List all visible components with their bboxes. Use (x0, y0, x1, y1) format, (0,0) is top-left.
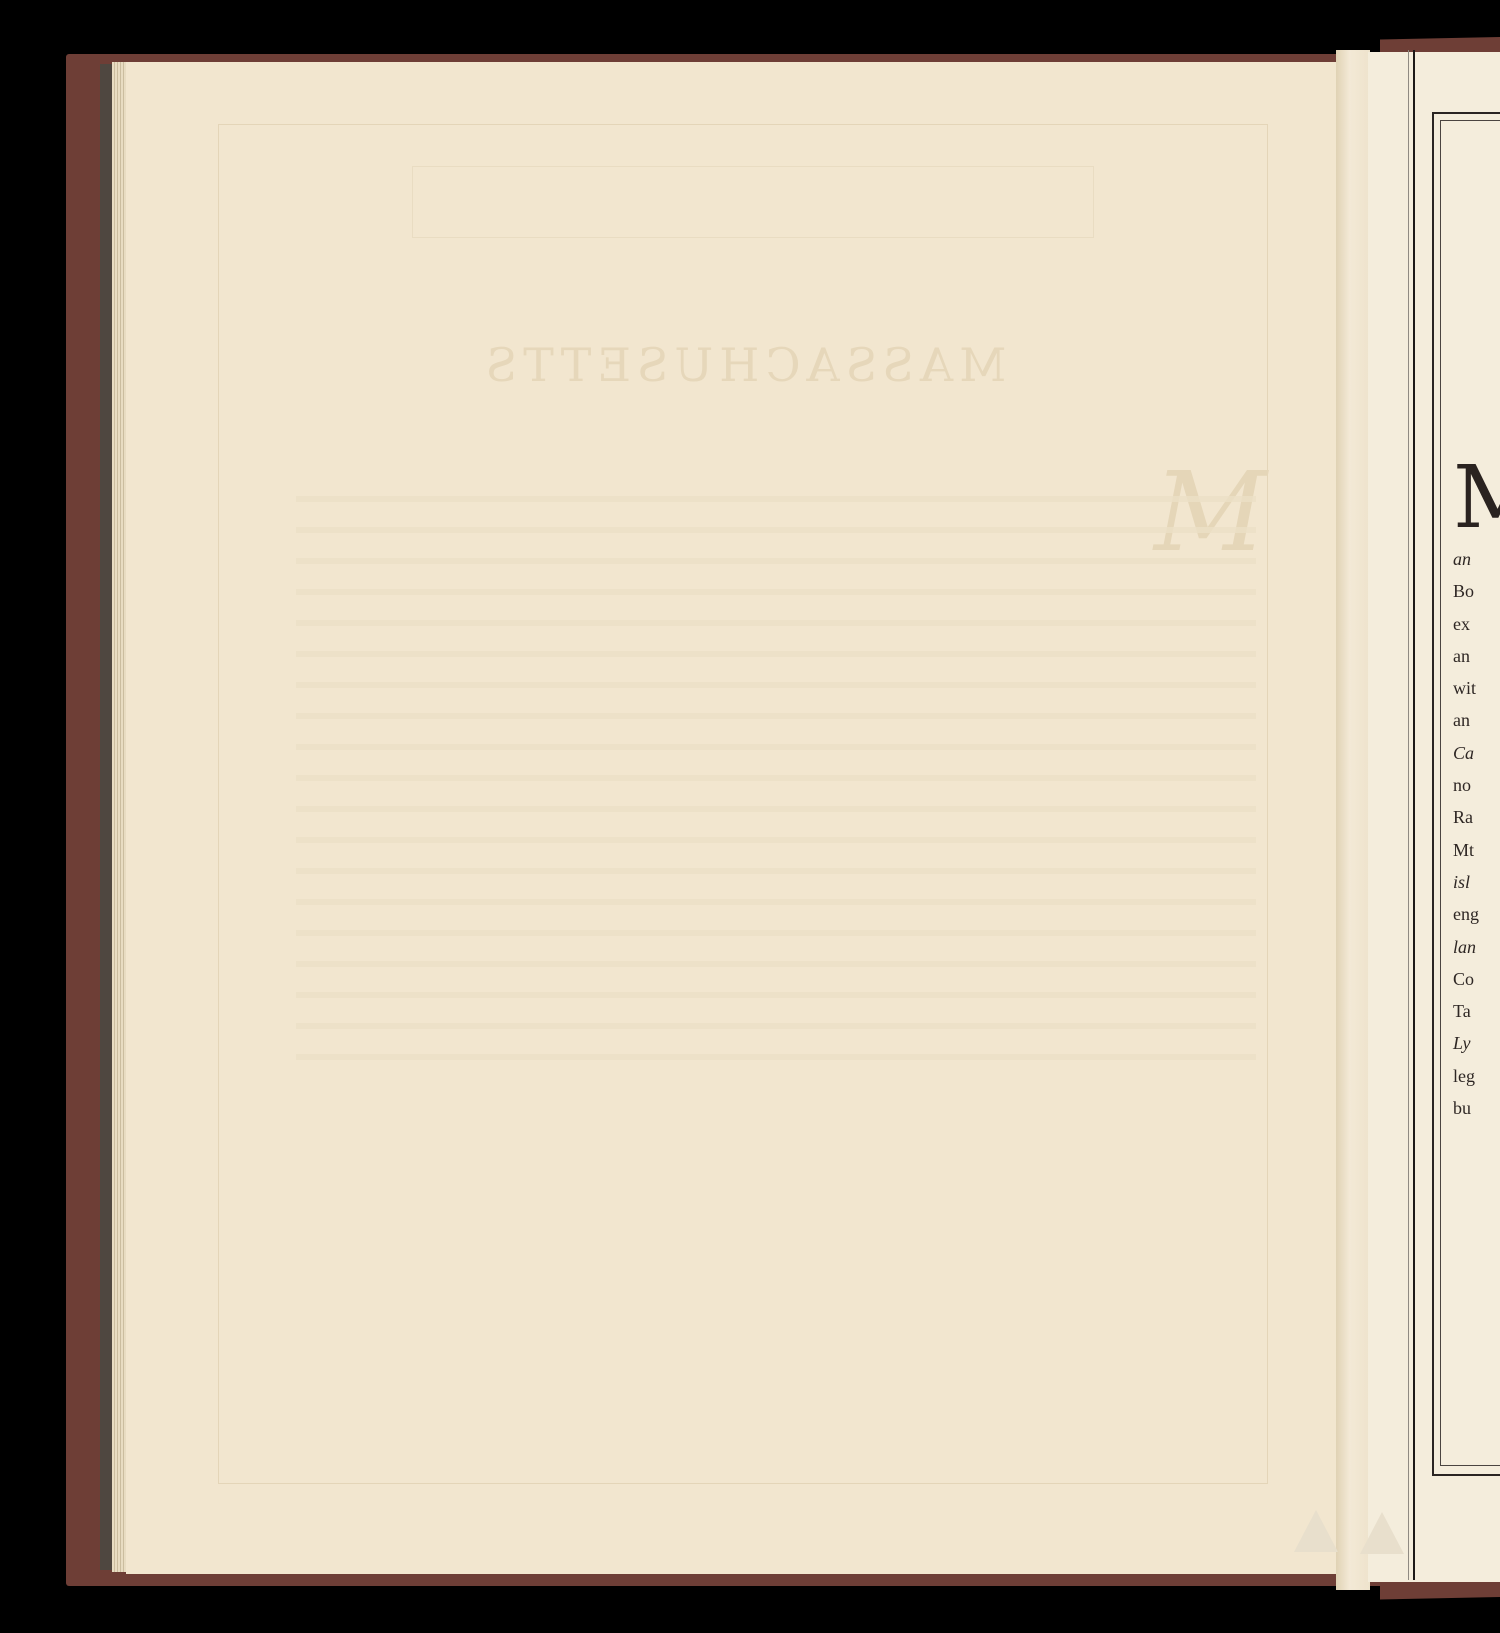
ghost-line (276, 668, 1276, 699)
text-line: bu (1453, 1092, 1479, 1124)
text-line: wit (1453, 672, 1479, 704)
ghost-line (276, 761, 1276, 792)
ghost-line (276, 885, 1276, 916)
text-line: isl (1453, 866, 1479, 898)
ghost-line (276, 916, 1276, 947)
ghost-line (276, 1040, 1276, 1071)
text-line: Bo (1453, 575, 1479, 607)
ghost-line (276, 482, 1276, 513)
text-line: Mt (1453, 834, 1479, 866)
ghost-line (276, 1009, 1276, 1040)
text-line: lan (1453, 931, 1479, 963)
ghost-line (276, 544, 1276, 575)
text-line: Ca (1453, 737, 1479, 769)
text-line: eng (1453, 898, 1479, 930)
ghost-line (276, 854, 1276, 885)
text-line: Co (1453, 963, 1479, 995)
ghost-title: MASSACHUSETTS (126, 338, 1360, 392)
ghost-line (276, 792, 1276, 823)
ghost-line (276, 637, 1276, 668)
text-line: an (1453, 640, 1479, 672)
ghost-line (276, 575, 1276, 606)
corner-protector-right (1360, 1512, 1404, 1554)
text-line: no (1453, 769, 1479, 801)
ghost-line (276, 823, 1276, 854)
left-page: MASSACHUSETTS M (126, 62, 1360, 1574)
ghost-line (276, 513, 1276, 544)
text-line: an (1453, 704, 1479, 736)
ghost-line (276, 699, 1276, 730)
page-rule-inner (1408, 50, 1409, 1580)
ghost-line (276, 730, 1276, 761)
text-line: Ta (1453, 995, 1479, 1027)
text-column: anBoexanwitanCanoRaMtislenglanCoTaLylegb… (1453, 543, 1479, 1124)
dropcap: M (1453, 455, 1500, 541)
ghost-banner (412, 166, 1094, 238)
text-line: ex (1453, 608, 1479, 640)
ghost-line (276, 606, 1276, 637)
text-line: Ly (1453, 1027, 1479, 1059)
text-line: Ra (1453, 801, 1479, 833)
text-line: an (1453, 543, 1479, 575)
text-line: leg (1453, 1060, 1479, 1092)
ghost-text-lines (276, 482, 1276, 1071)
ghost-line (276, 978, 1276, 1009)
ghost-line (276, 947, 1276, 978)
page-rule-outer (1413, 50, 1415, 1580)
corner-protector-left (1294, 1510, 1338, 1552)
gutter (1336, 50, 1370, 1590)
